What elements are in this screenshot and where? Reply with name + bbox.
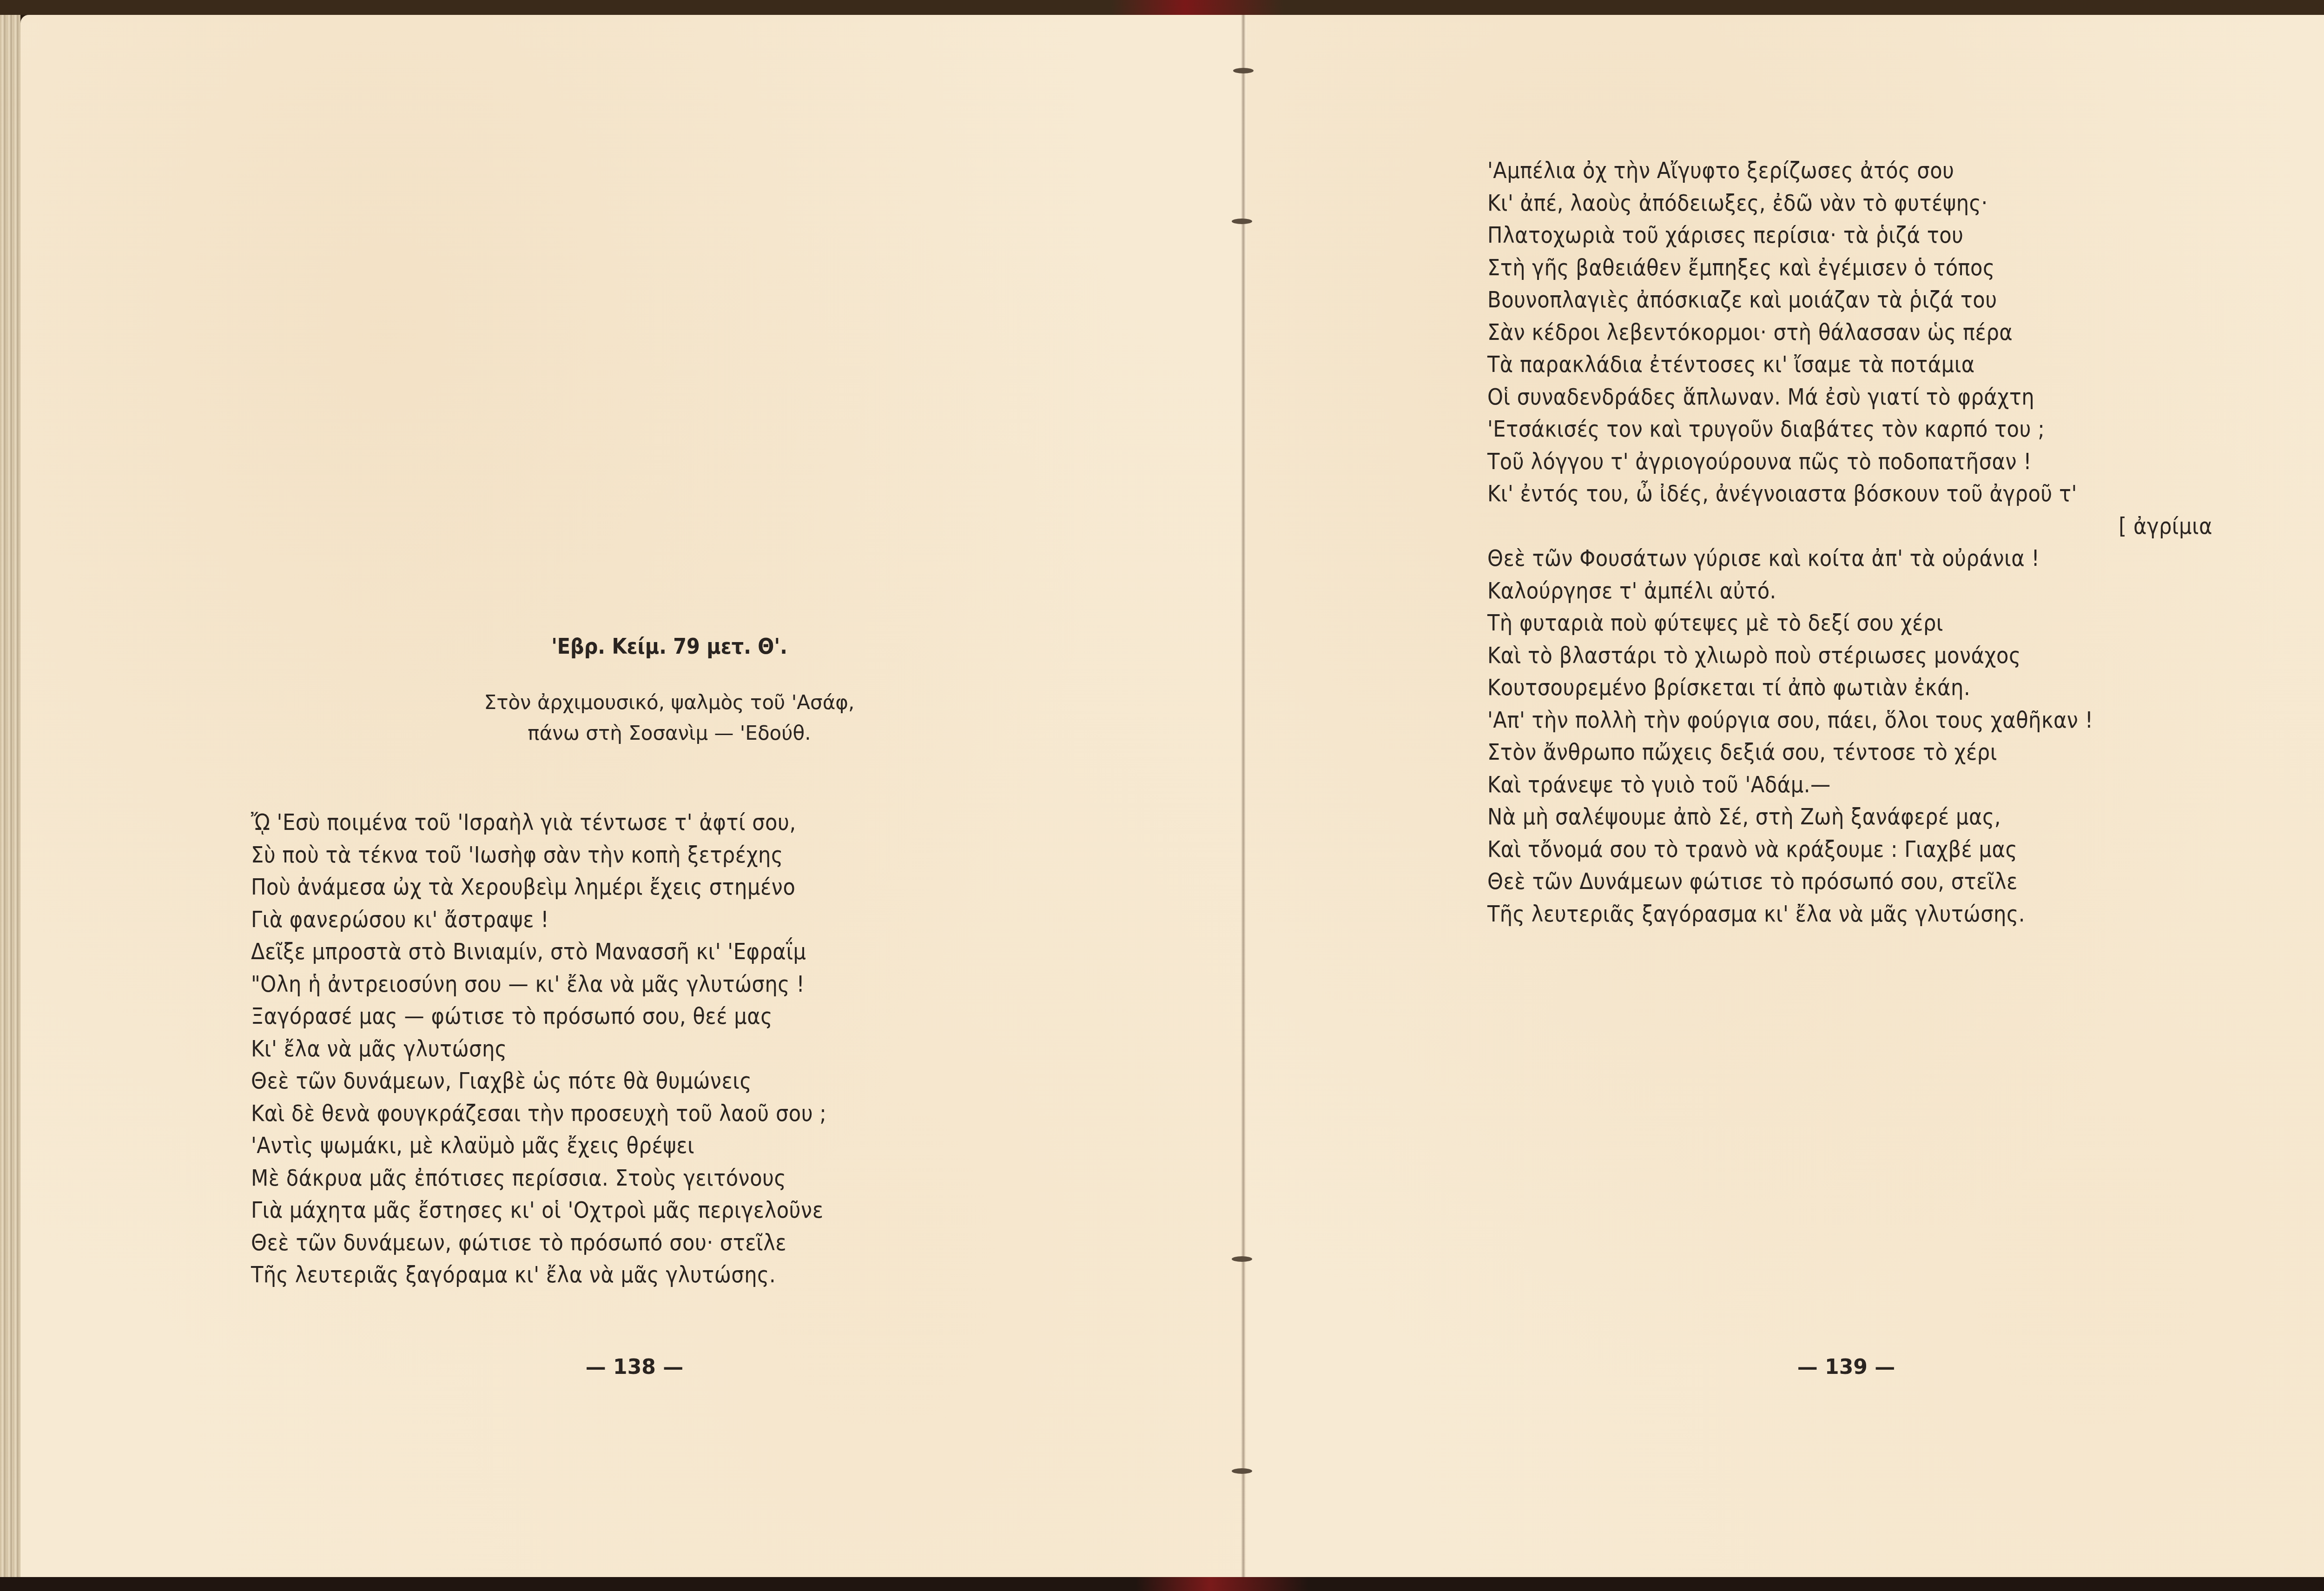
verse-line: Μὲ δάκρυα μᾶς ἐπότισες περίσσια. Στοὺς γ… xyxy=(251,1162,1041,1195)
verse-line: Κι' ἔλα νὰ μᾶς γλυτώσης xyxy=(251,1033,1041,1066)
verse-line: Τῆς λευτεριᾶς ξαγόραμα κι' ἔλα νὰ μᾶς γλ… xyxy=(251,1259,1041,1292)
verse-line: Θεὲ τῶν δυνάμεων, Γιαχβὲ ὡς πότε θὰ θυμώ… xyxy=(251,1065,1041,1098)
verse-line-continuation: [ ἀγρίμια xyxy=(1487,510,2212,543)
page-edges-left xyxy=(0,15,20,1577)
verse-line: Γιὰ φανερώσου κι' ἄστραψε ! xyxy=(251,904,1041,936)
verse-line: Καλούργησε τ' ἀμπέλι αὐτό. xyxy=(1487,575,2212,608)
book-spine xyxy=(1241,15,1246,1577)
binding-stitch-icon xyxy=(1233,68,1254,73)
binding-stitch-icon xyxy=(1232,1256,1252,1262)
page-number-left: — 138 — xyxy=(565,1355,704,1379)
open-book: 'Εβρ. Κείμ. 79 μετ. Θ'. Στὸν ἀρχιμουσικό… xyxy=(0,0,2324,1591)
verse-line: Δεῖξε μπροστὰ στὸ Βινιαμίν, στὸ Μανασσῆ … xyxy=(251,936,1041,968)
verse-line: Σὰν κέδροι λεβεντόκορμοι· στὴ θάλασσαν ὡ… xyxy=(1487,317,2212,349)
verse-line: Κουτσουρεμένο βρίσκεται τί ἀπὸ φωτιὰν ἐκ… xyxy=(1487,672,2212,704)
verse-line: Τῆς λευτεριᾶς ξαγόρασμα κι' ἔλα νὰ μᾶς γ… xyxy=(1487,898,2212,931)
verse-line: Οἱ συναδενδράδες ἅπλωναν. Μά ἐσὺ γιατί τ… xyxy=(1487,381,2212,414)
psalm-subtitle: Στὸν ἀρχιμουσικό, ψαλμὸς τοῦ 'Ασάφ, πάνω… xyxy=(395,687,944,749)
verse-line: Πλατοχωριὰ τοῦ χάρισες περίσια· τὰ ῥιζά … xyxy=(1487,219,2212,252)
verse-line: Στὸν ἄνθρωπο πὤχεις δεξιά σου, τέντοσε τ… xyxy=(1487,736,2212,769)
binding-stitch-icon xyxy=(1232,219,1252,224)
background-bottom xyxy=(0,1577,2324,1591)
verse-line: Βουνοπλαγιὲς ἀπόσκιαζε καὶ μοιάζαν τὰ ῥι… xyxy=(1487,284,2212,317)
verse-line: 'Ετσάκισές τον καὶ τρυγοῦν διαβάτες τὸν … xyxy=(1487,413,2212,446)
background-top xyxy=(0,0,2324,15)
verse-line: 'Απ' τὴν πολλὴ τὴν φούργια σου, πάει, ὅλ… xyxy=(1487,704,2212,737)
verse-line: Κι' ἐντός του, ὦ ἰδές, ἀνέγνοιαστα βόσκο… xyxy=(1487,478,2212,510)
verse-line: 'Αμπέλια ὀχ τὴν Αἴγυφτο ξερίζωσες ἀτός σ… xyxy=(1487,155,2212,187)
verse-line: ᾬ 'Εσὺ ποιμένα τοῦ 'Ισραὴλ γιὰ τέντωσε τ… xyxy=(251,807,1041,839)
verse-line: Καὶ δὲ θενὰ φουγκράζεσαι τὴν προσευχὴ το… xyxy=(251,1098,1041,1130)
right-verses: 'Αμπέλια ὀχ τὴν Αἴγυφτο ξερίζωσες ἀτός σ… xyxy=(1487,155,2212,930)
psalm-heading: 'Εβρ. Κείμ. 79 μετ. Θ'. xyxy=(483,634,855,659)
verse-line: Σὺ ποὺ τὰ τέκνα τοῦ 'Ιωσὴφ σὰν τὴν κοπὴ … xyxy=(251,839,1041,872)
binding-stitch-icon xyxy=(1232,1468,1252,1474)
verse-line: Θεὲ τῶν δυνάμεων, φώτισε τὸ πρόσωπό σου·… xyxy=(251,1227,1041,1260)
verse-line: Ξαγόρασέ μας — φώτισε τὸ πρόσωπό σου, θε… xyxy=(251,1001,1041,1033)
page-number-right: — 139 — xyxy=(1776,1355,1916,1379)
verse-line: "Ολη ἡ ἀντρειοσύνη σου — κι' ἔλα νὰ μᾶς … xyxy=(251,968,1041,1001)
subtitle-line: Στὸν ἀρχιμουσικό, ψαλμὸς τοῦ 'Ασάφ, xyxy=(395,687,944,718)
verse-line: Γιὰ μάχητα μᾶς ἔστησες κι' οἱ 'Οχτροὶ μᾶ… xyxy=(251,1194,1041,1227)
subtitle-line: πάνω στὴ Σοσανὶμ — 'Εδούθ. xyxy=(395,718,944,749)
verse-line: 'Αντὶς ψωμάκι, μὲ κλαϋμὸ μᾶς ἔχεις θρέψε… xyxy=(251,1130,1041,1162)
verse-line: Θεὲ τῶν Φουσάτων γύρισε καὶ κοίτα ἀπ' τὰ… xyxy=(1487,543,2212,575)
verse-line: Τὰ παρακλάδια ἐτέντοσες κι' ἴσαμε τὰ ποτ… xyxy=(1487,349,2212,381)
left-verses: ᾬ 'Εσὺ ποιμένα τοῦ 'Ισραὴλ γιὰ τέντωσε τ… xyxy=(251,807,1041,1292)
verse-line: Ποὺ ἀνάμεσα ὠχ τὰ Χερουβεὶμ λημέρι ἔχεις… xyxy=(251,871,1041,904)
verse-line: Τοῦ λόγγου τ' ἀγριογούρουνα πῶς τὸ ποδοπ… xyxy=(1487,446,2212,478)
left-page xyxy=(20,15,1247,1577)
verse-line: Νὰ μὴ σαλέψουμε ἀπὸ Σέ, στὴ Ζωὴ ξανάφερέ… xyxy=(1487,801,2212,834)
verse-line: Καὶ τράνεψε τὸ γυιὸ τοῦ 'Αδάμ.— xyxy=(1487,769,2212,802)
verse-line: Κι' ἀπέ, λαοὺς ἀπόδειωξες, ἐδῶ νὰν τὸ φυ… xyxy=(1487,187,2212,220)
verse-line: Στὴ γῆς βαθειάθεν ἔμπηξες καὶ ἐγέμισεν ὁ… xyxy=(1487,252,2212,285)
verse-line: Θεὲ τῶν Δυνάμεων φώτισε τὸ πρόσωπό σου, … xyxy=(1487,866,2212,898)
verse-line: Καὶ τὄνομά σου τὸ τρανὸ νὰ κράξουμε : Γι… xyxy=(1487,834,2212,866)
verse-line: Τὴ φυταριὰ ποὺ φύτεψες μὲ τὸ δεξί σου χέ… xyxy=(1487,607,2212,640)
verse-line: Καὶ τὸ βλαστάρι τὸ χλιωρὸ ποὺ στέριωσες … xyxy=(1487,640,2212,672)
